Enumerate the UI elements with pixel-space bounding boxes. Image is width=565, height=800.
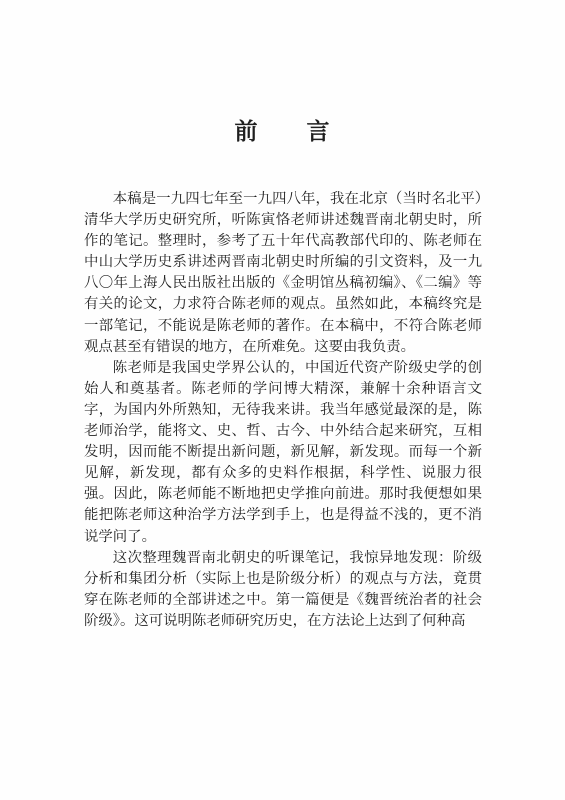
- preface-paragraph-1: 本稿是一九四七年至一九四八年，我在北京（当时名北平）清华大学历史研究所，听陈寅恪…: [84, 189, 482, 358]
- preface-paragraph-2: 陈老师是我国史学界公认的，中国近代资产阶级史学的创始人和奠基者。陈老师的学问博大…: [84, 358, 482, 548]
- preface-paragraph-3: 这次整理魏晋南北朝史的听课笔记，我惊异地发现：阶级分析和集团分析（实际上也是阶级…: [84, 548, 482, 632]
- preface-title: 前 言: [0, 119, 565, 144]
- book-page: 前 言 本稿是一九四七年至一九四八年，我在北京（当时名北平）清华大学历史研究所，…: [0, 0, 565, 800]
- preface-body: 本稿是一九四七年至一九四八年，我在北京（当时名北平）清华大学历史研究所，听陈寅恪…: [84, 189, 482, 632]
